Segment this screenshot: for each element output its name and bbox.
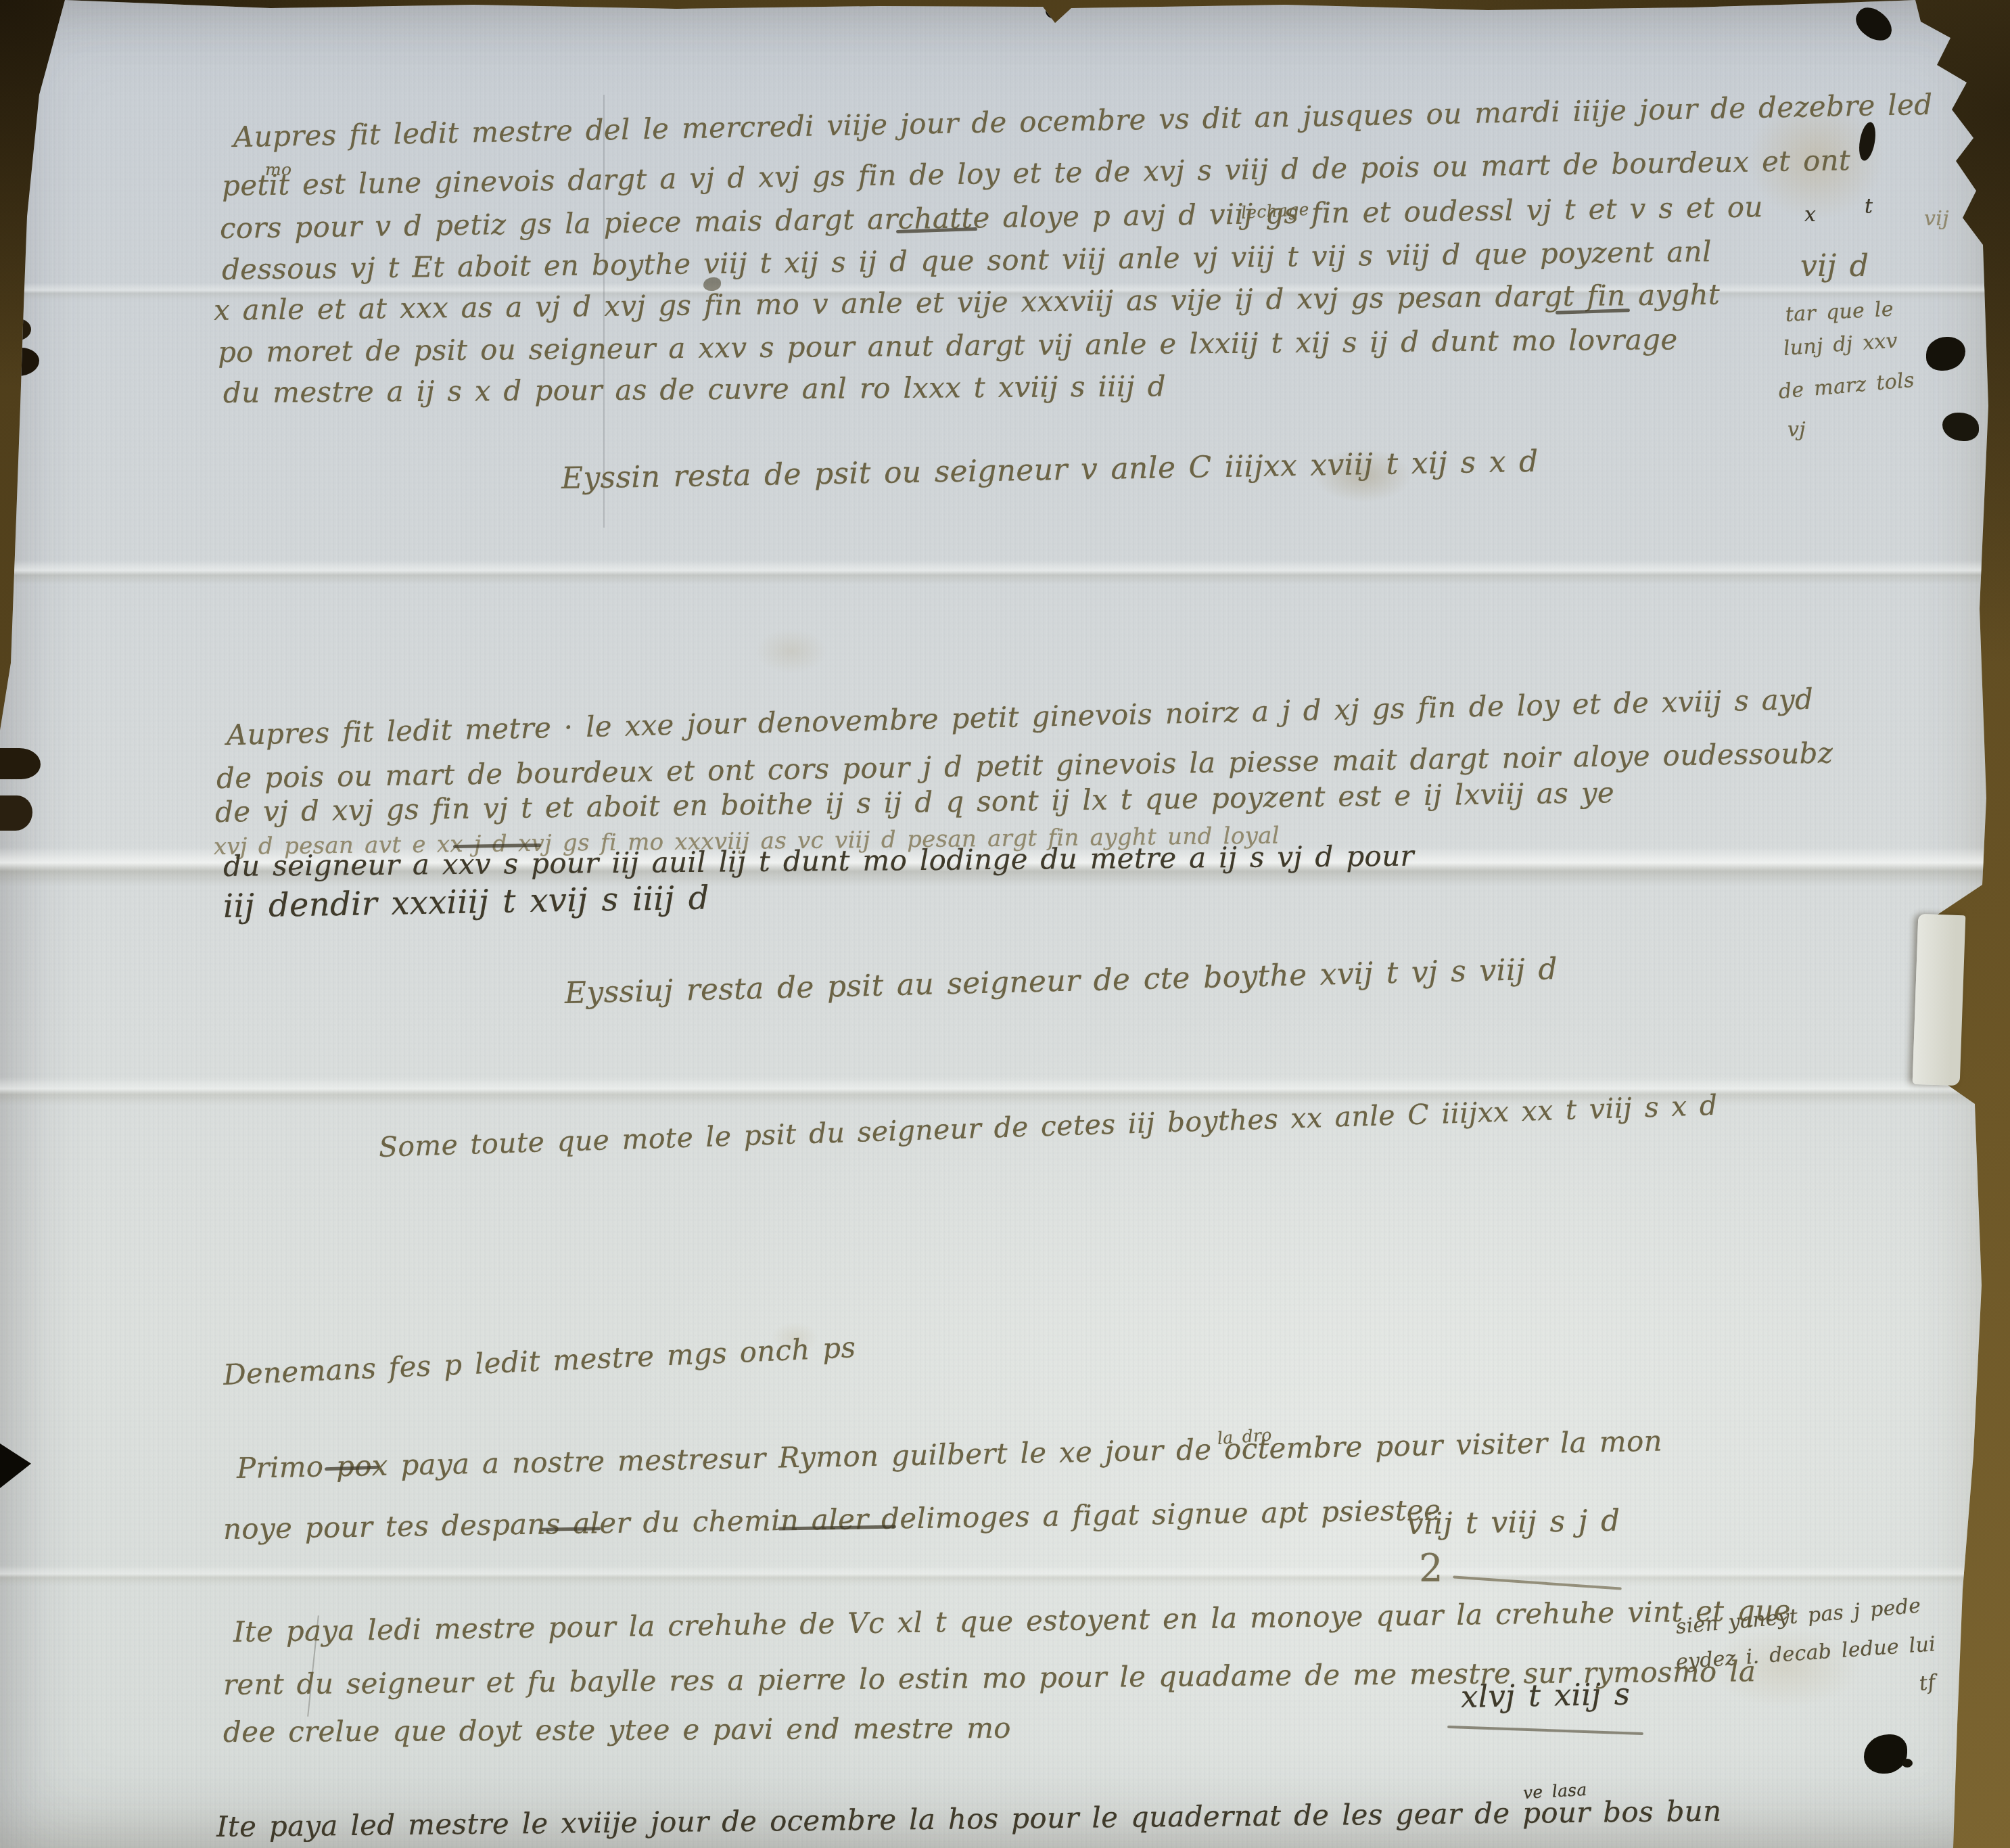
manuscript-line: Aupres fit ledit mestre del le mercredi … [233,88,1933,154]
margin-note: vij [1924,207,1949,231]
tear-mark [0,318,31,341]
manuscript-photograph: Aupres fit ledit mestre del le mercredi … [0,0,2010,1848]
flourish-line [1447,1726,1643,1735]
manuscript-line: Ite paya led mestre le xviije jour de oc… [216,1795,1722,1843]
margin-note: lunj dj xxv [1783,329,1898,361]
manuscript-line: dessous vj t Et aboit en boythe viij t x… [222,235,1712,286]
margin-note: vj [1787,418,1806,442]
ink-blot [1864,1734,1907,1774]
section-heading: Denemans fes p ledit mestre mgs onch ps [223,1331,856,1391]
tear-mark [0,1443,31,1488]
margin-note: tf [1918,1671,1936,1696]
torn-paper-flap [1913,914,1966,1086]
manuscript-page: Aupres fit ledit mestre del le mercredi … [0,0,2010,1848]
sum-total-line: Some toute que mote le psit du seigneur … [378,1089,1718,1163]
manuscript-line: x anle et at xxx as a vj d xvj gs fin mo… [214,278,1721,327]
subtotal-line: Eyssiuj resta de psit au seigneur de cte… [564,952,1558,1011]
subtotal-line: Eyssin resta de psit ou seigneur v anle … [561,444,1539,496]
tear-mark [0,748,41,779]
amount: xlvj t xiij s [1461,1676,1631,1715]
fold-crease [0,560,2010,584]
manuscript-line: Primo pox paya a nostre mestresur Rymon … [237,1425,1663,1485]
ink-smudge [1856,121,1878,162]
manuscript-line: dee crelue que doyt este ytee e pavi end… [223,1711,1011,1749]
margin-note: de marz tols [1777,369,1915,404]
interlinear-insertion: lechage [1240,200,1309,223]
ink-smudge [1926,337,1965,371]
amount: viij t viij s j d [1407,1503,1620,1541]
margin-note: x [1804,203,1816,227]
fold-crease [0,1565,2010,1586]
margin-note: eydez i. decab ledue lui [1675,1632,1936,1674]
ink-smudge [1942,413,1979,441]
ink-blot [1902,1759,1913,1768]
tear-mark [1046,3,1065,19]
stain [741,619,842,683]
manuscript-line: noye pour tes despans aler du chemin ale… [223,1494,1441,1546]
tear-mark [0,795,32,831]
ink-smudge [1850,2,1898,47]
manuscript-line: du mestre a ij s x d pour as de cuvre an… [223,369,1166,409]
margin-note: vij d [1800,249,1869,283]
entry-total: iij dendir xxxiiij t xvij s iiij d [223,879,710,925]
manuscript-line: po moret de psit ou seigneur a xxv s pou… [218,323,1678,369]
manuscript-line: Ite paya ledi mestre pour la crehuhe de … [233,1594,1792,1648]
interlinear-insertion: mo [265,160,291,179]
margin-note: t [1865,195,1873,218]
tear-mark [0,430,15,445]
flourish-mark: 2 [1419,1546,1443,1590]
flourish-line [1453,1575,1622,1590]
margin-note: tar que le [1785,298,1894,327]
tear-mark [0,348,39,376]
